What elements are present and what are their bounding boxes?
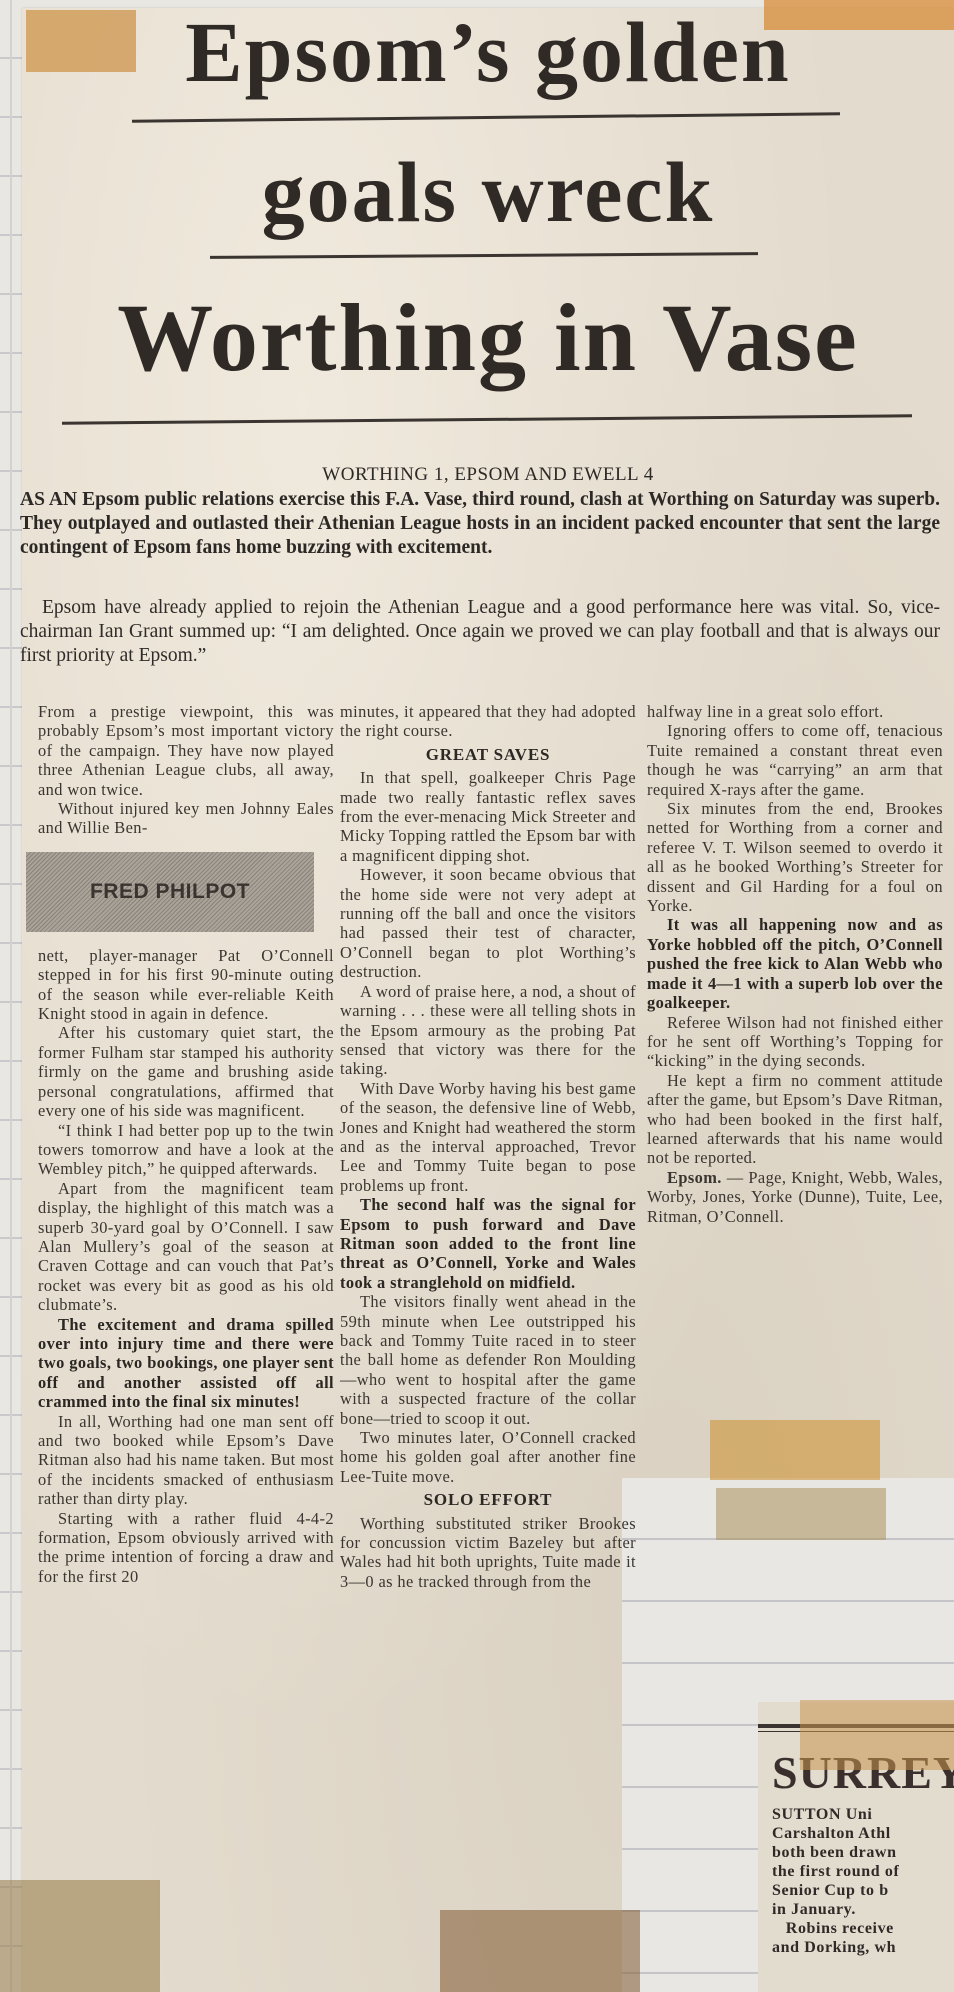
headline-line-3: Worthing in Vase: [22, 282, 954, 393]
article-paragraph: Six minutes from the end, Brookes netted…: [647, 799, 943, 915]
article-paragraph: Apart from the magnificent team display,…: [38, 1179, 334, 1315]
article-paragraph: Worthing substituted striker Brookes for…: [340, 1514, 636, 1592]
subheading: SOLO EFFORT: [340, 1490, 636, 1509]
subheading: GREAT SAVES: [340, 745, 636, 764]
article-paragraph: He kept a firm no comment attitude after…: [647, 1071, 943, 1168]
article-paragraph: It was all happening now and as Yorke ho…: [647, 915, 943, 1012]
article-paragraph: However, it soon became obvious that the…: [340, 865, 636, 981]
article-paragraph: “I think I had better pop up to the twin…: [38, 1121, 334, 1179]
headline-line-1: Epsom’s golden: [22, 2, 954, 102]
article-lead-paragraph: AS AN Epsom public relations exercise th…: [20, 488, 940, 560]
article-paragraph: Two minutes later, O’Connell cracked hom…: [340, 1428, 636, 1486]
article-paragraph: The excitement and drama spilled over in…: [38, 1315, 334, 1412]
article-paragraph: minutes, it appeared that they had adopt…: [340, 702, 636, 741]
article-paragraph: nett, player-manager Pat O’Connell stepp…: [38, 946, 334, 1024]
author-byline: FRED PHILPOT: [26, 852, 314, 932]
headline-line-2: goals wreck: [22, 142, 954, 242]
article-paragraph: The visitors finally went ahead in the 5…: [340, 1292, 636, 1428]
team-lineup: Epsom. — Page, Knight, Webb, Wales, Worb…: [647, 1168, 943, 1226]
article-paragraph: Without injured key men Johnny Eales and…: [38, 799, 334, 838]
lineup-label: Epsom.: [667, 1168, 722, 1187]
article-paragraph: After his customary quiet start, the for…: [38, 1023, 334, 1120]
article-paragraph: Ignoring offers to come off, tenacious T…: [647, 721, 943, 799]
column-1-upper: From a prestige viewpoint, this was prob…: [38, 702, 334, 838]
article-paragraph: In that spell, goalkeeper Chris Page mad…: [340, 768, 636, 865]
adhesive-tape: [800, 1700, 954, 1770]
article-paragraph: With Dave Worby having his best game of …: [340, 1079, 636, 1195]
notebook-margin-line: [10, 0, 12, 1992]
article-paragraph: In all, Worthing had one man sent off an…: [38, 1412, 334, 1509]
article-column-2: minutes, it appeared that they had adopt…: [340, 702, 636, 1591]
article-second-paragraph: Epsom have already applied to rejoin the…: [20, 596, 940, 668]
article-paragraph: From a prestige viewpoint, this was prob…: [38, 702, 334, 799]
adhesive-tape: [440, 1910, 640, 1992]
adhesive-tape: [0, 1880, 160, 1992]
article-paragraph: halfway line in a great solo effort.: [647, 702, 943, 721]
adhesive-tape: [710, 1420, 880, 1480]
article-paragraph: The second half was the signal for Epsom…: [340, 1195, 636, 1292]
article-paragraph: Referee Wilson had not finished either f…: [647, 1013, 943, 1071]
match-scoreline: WORTHING 1, EPSOM AND EWELL 4: [22, 464, 954, 486]
surrey-body-text: SUTTON Uni Carshalton Athl both been dra…: [772, 1805, 954, 1957]
adhesive-tape: [716, 1488, 886, 1540]
article-paragraph: A word of praise here, a nod, a shout of…: [340, 982, 636, 1079]
column-1-lower: nett, player-manager Pat O’Connell stepp…: [38, 946, 334, 1586]
article-paragraph: Starting with a rather fluid 4-4-2 forma…: [38, 1509, 334, 1587]
article-column-1: From a prestige viewpoint, this was prob…: [38, 702, 334, 1586]
article-column-3: halfway line in a great solo effort.Igno…: [647, 702, 943, 1226]
